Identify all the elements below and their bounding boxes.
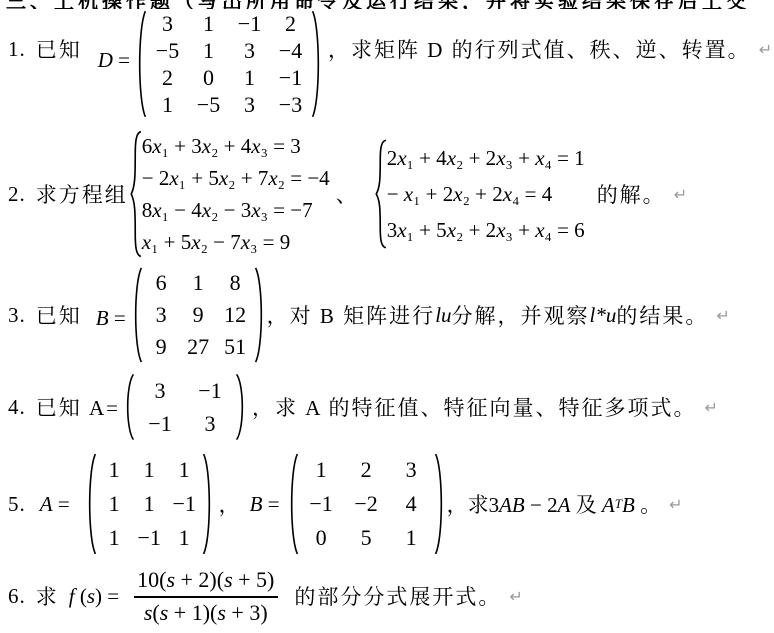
matrix-grid: 31−12 −513−4 201−1 1−53−3 xyxy=(147,10,311,118)
right-paren xyxy=(202,452,215,556)
matrix-cell: 51 xyxy=(224,334,246,360)
matrix-cell: 4 xyxy=(406,491,417,517)
equation: − x₁ + 2x₂ + 2x₄ = 4 xyxy=(387,176,585,212)
matrix-cell: 1 xyxy=(179,457,190,483)
equation-system-2: 2x₁ + 4x₂ + 2x₃ + x₄ = 1 − x₁ + 2x₂ + 2x… xyxy=(373,138,585,250)
fraction: 10(s + 2)(s + 5) s(s + 1)(s + 3) xyxy=(129,566,282,627)
matrix-cell: −1 xyxy=(172,491,195,517)
equation: 2x₁ + 4x₂ + 2x₃ + x₄ = 1 xyxy=(387,140,585,176)
paragraph-mark-icon: ↵ xyxy=(705,398,718,417)
matrix-cell: 9 xyxy=(193,302,204,328)
matrix-cell: 2 xyxy=(361,457,372,483)
matrix-cell: −1 xyxy=(148,411,171,437)
matrix-cell: −1 xyxy=(238,11,261,37)
matrix-cell: 1 xyxy=(179,525,190,551)
matrix-A: 3−1 −13 xyxy=(122,373,248,441)
right-paren xyxy=(311,9,324,119)
left-brace xyxy=(128,129,142,259)
problem-text: ，求 A 的特征值、特征向量、特征多项式。 xyxy=(252,392,697,422)
paragraph-mark-icon: ↵ xyxy=(674,185,687,204)
matrix-cell: −5 xyxy=(156,38,179,64)
matrix-cell: 9 xyxy=(156,334,167,360)
matrix-B: 618 3912 92751 xyxy=(130,266,267,364)
left-paren xyxy=(286,452,299,556)
right-paren xyxy=(235,373,248,441)
problem-4: 4. 已知 A= 3−1 −13 ，求 A 的特征值、特征向量、特征多项式。 ↵ xyxy=(8,372,718,442)
matrix-cell: 6 xyxy=(156,270,167,296)
equation: − 2x₁ + 5x₂ + 7x₂ = −4 xyxy=(142,162,330,194)
matrix-label: B = xyxy=(250,492,280,517)
problem-5: 5. A = 111 11−1 1−11 ， B = 123 −1−24 051… xyxy=(8,447,682,561)
matrix-cell: 3 xyxy=(156,302,167,328)
matrix-cell: −1 xyxy=(198,378,221,404)
paragraph-mark-icon: ↵ xyxy=(669,495,682,514)
problem-text: 求方程组 xyxy=(36,179,128,209)
matrix-cell: 1 xyxy=(203,38,214,64)
equation: 3x₁ + 5x₂ + 2x₃ + x₄ = 6 xyxy=(387,212,585,248)
matrix-cell: 3 xyxy=(244,92,255,118)
right-paren xyxy=(254,266,267,364)
equation: 6x₁ + 3x₂ + 4x₃ = 3 xyxy=(142,130,330,162)
superscript-T: T xyxy=(615,496,622,512)
left-paren xyxy=(122,373,135,441)
matrix-cell: 3 xyxy=(244,38,255,64)
fraction-numerator: 10(s + 2)(s + 5) xyxy=(129,566,282,596)
matrix-A: 111 11−1 1−11 xyxy=(84,452,215,556)
equation: x₁ + 5x₂ − 7x₃ = 9 xyxy=(142,226,330,258)
matrix-cell: 3 xyxy=(162,11,173,37)
matrix-cell: −1 xyxy=(137,525,160,551)
paragraph-mark-icon: ↵ xyxy=(759,40,772,59)
matrix-grid: 618 3912 92751 xyxy=(143,267,254,363)
matrix-cell: 1 xyxy=(109,457,120,483)
matrix-D: 31−12 −513−4 201−1 1−53−3 xyxy=(134,9,324,119)
problem-text: 已知 A= xyxy=(36,392,120,422)
matrix-cell: 3 xyxy=(155,378,166,404)
problem-number: 3. xyxy=(8,303,26,328)
matrix-grid: 111 11−1 1−11 xyxy=(97,453,202,555)
problem-3: 3. 已知 B = 618 3912 92751 ，对 B 矩阵进行 lu 分解… xyxy=(8,263,730,367)
problem-1: 1. 已知 D = 31−12 −513−4 201−1 1−53−3 ，求矩阵… xyxy=(8,8,772,120)
problem-text: B 。 xyxy=(622,489,661,519)
matrix-grid: 3−1 −13 xyxy=(135,374,235,440)
problem-text: 的解。 xyxy=(597,179,666,209)
matrix-grid: 123 −1−24 051 xyxy=(299,453,434,555)
matrix-cell: 1 xyxy=(162,92,173,118)
right-paren xyxy=(434,452,447,556)
matrix-cell: 1 xyxy=(193,270,204,296)
problem-text: 求 xyxy=(36,581,59,611)
problem-2: 2. 求方程组 6x₁ + 3x₂ + 4x₃ = 3 − 2x₁ + 5x₂ … xyxy=(8,126,687,262)
equations: 6x₁ + 3x₂ + 4x₃ = 3 − 2x₁ + 5x₂ + 7x₂ = … xyxy=(142,130,330,258)
problem-text: 分解，并观察 xyxy=(452,300,590,330)
matrix-cell: 1 xyxy=(109,525,120,551)
paragraph-mark-icon: ↵ xyxy=(716,306,729,325)
problem-6: 6. 求 f (s) = 10(s + 2)(s + 5) s(s + 1)(s… xyxy=(8,560,523,632)
problem-text: 的部分分式展开式。 xyxy=(294,581,501,611)
math-l-times-u: l*u xyxy=(590,303,617,328)
matrix-cell: −2 xyxy=(354,491,377,517)
matrix-label: D = xyxy=(98,48,130,73)
problem-text: ，求3AB − 2A 及 A xyxy=(447,489,615,519)
matrix-cell: −1 xyxy=(309,491,332,517)
matrix-cell: 2 xyxy=(285,11,296,37)
paragraph-mark-icon: ↵ xyxy=(509,587,522,606)
function-label: f (s) = xyxy=(69,584,119,609)
problem-text: 已知 xyxy=(36,300,82,330)
matrix-cell: 1 xyxy=(144,491,155,517)
matrix-cell: 2 xyxy=(162,65,173,91)
matrix-cell: 27 xyxy=(187,334,209,360)
matrix-label: A = xyxy=(40,492,70,517)
matrix-cell: 1 xyxy=(203,11,214,37)
left-paren xyxy=(84,452,97,556)
left-brace xyxy=(373,138,387,250)
matrix-cell: 3 xyxy=(205,411,216,437)
document-page: 三、上机操作题（写出所用命令及运行结果，并将实验结果保存后上交检查） 1. 已知… xyxy=(0,0,774,633)
separator: 、 xyxy=(336,179,359,209)
equation: 8x₁ − 4x₂ − 3x₃ = −7 xyxy=(142,194,330,226)
matrix-cell: 1 xyxy=(316,457,327,483)
matrix-cell: 3 xyxy=(406,457,417,483)
problem-text: 已知 xyxy=(36,34,82,64)
equations: 2x₁ + 4x₂ + 2x₃ + x₄ = 1 − x₁ + 2x₂ + 2x… xyxy=(387,140,585,248)
left-paren xyxy=(134,9,147,119)
matrix-B: 123 −1−24 051 xyxy=(286,452,447,556)
matrix-cell: −5 xyxy=(197,92,220,118)
matrix-cell: 1 xyxy=(144,457,155,483)
math-lu: lu xyxy=(435,303,451,328)
problem-text: 的结果。 xyxy=(616,300,708,330)
matrix-cell: 12 xyxy=(224,302,246,328)
separator: ， xyxy=(219,489,242,519)
matrix-cell: 0 xyxy=(203,65,214,91)
problem-text: ，对 B 矩阵进行 xyxy=(267,300,436,330)
problem-number: 2. xyxy=(8,182,26,207)
equation-system-1: 6x₁ + 3x₂ + 4x₃ = 3 − 2x₁ + 5x₂ + 7x₂ = … xyxy=(128,129,330,259)
matrix-cell: 0 xyxy=(316,525,327,551)
problem-number: 6. xyxy=(8,584,26,609)
problem-number: 1. xyxy=(8,37,26,62)
problem-text: ，求矩阵 D 的行列式值、秩、逆、转置。 xyxy=(328,34,751,64)
left-paren xyxy=(130,266,143,364)
matrix-cell: 5 xyxy=(361,525,372,551)
matrix-cell: −4 xyxy=(279,38,302,64)
fraction-denominator: s(s + 1)(s + 3) xyxy=(134,596,278,627)
matrix-cell: 1 xyxy=(406,525,417,551)
problem-number: 5. xyxy=(8,492,26,517)
matrix-cell: 8 xyxy=(230,270,241,296)
matrix-cell: 1 xyxy=(109,491,120,517)
matrix-cell: 1 xyxy=(244,65,255,91)
matrix-label: B = xyxy=(96,306,126,331)
problem-number: 4. xyxy=(8,395,26,420)
matrix-cell: −1 xyxy=(279,65,302,91)
matrix-cell: −3 xyxy=(279,92,302,118)
